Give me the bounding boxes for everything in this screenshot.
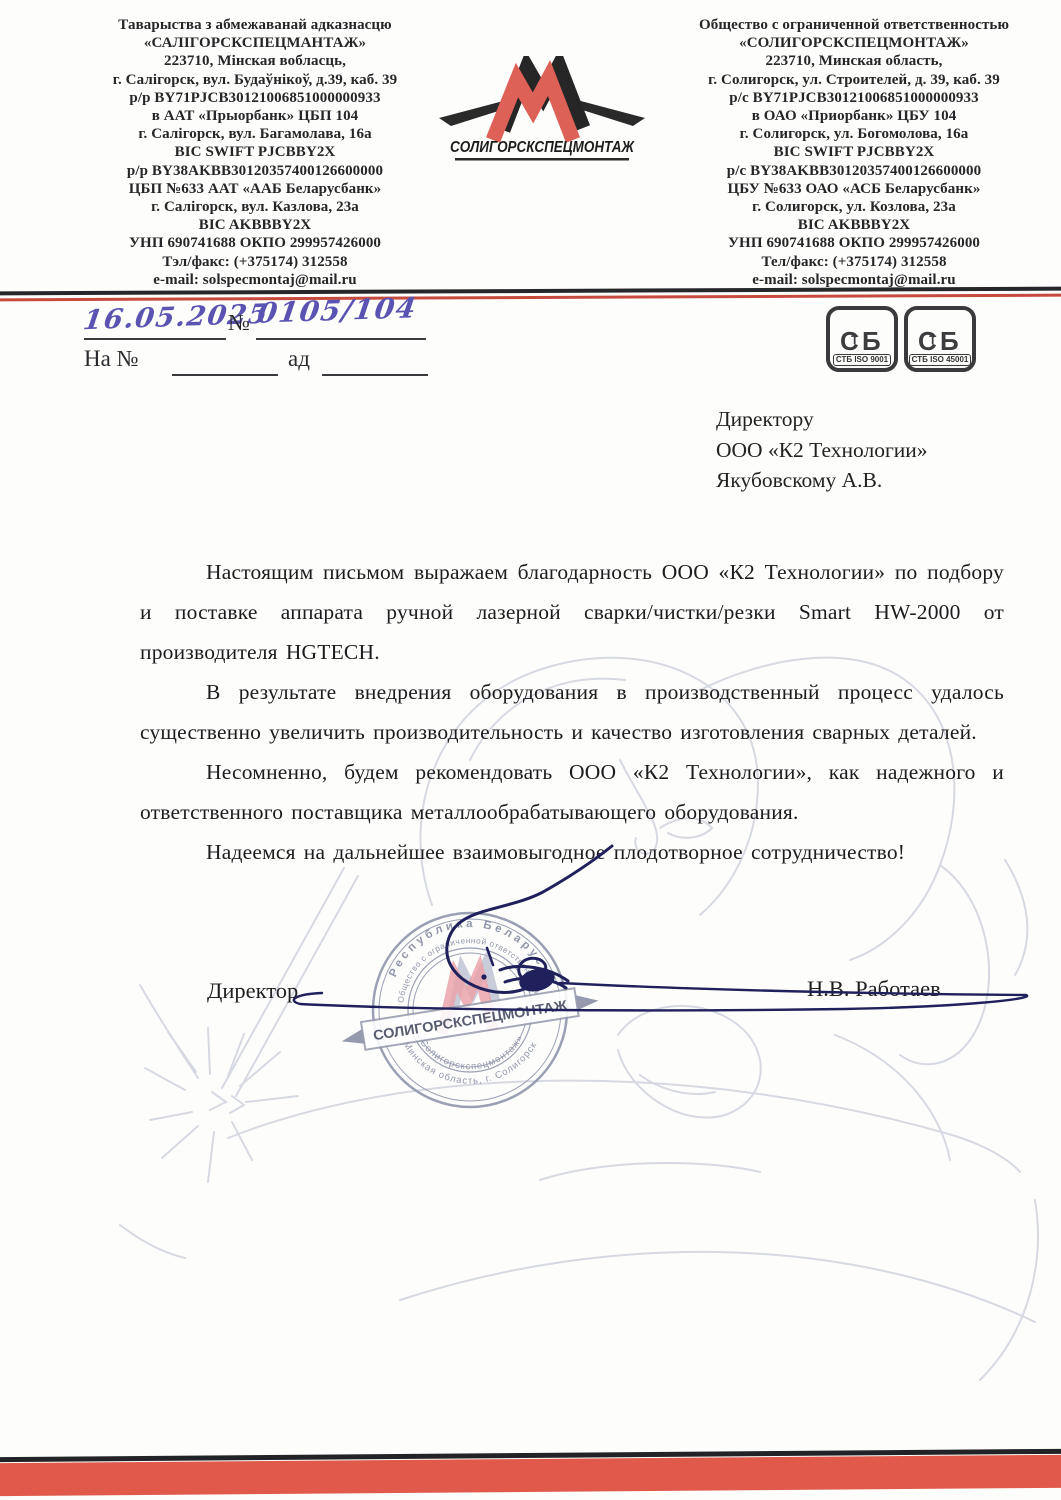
- letterhead-line: г. Салігорск, вул. Будаўнікоў, д.39, каб…: [70, 71, 440, 89]
- letterhead-line: Общество с ограниченной ответственностью: [684, 16, 1024, 34]
- letterhead-line: BIC AKBBBY2X: [684, 216, 1024, 234]
- stb-letter: Б: [862, 326, 881, 354]
- number-blank-line: [256, 338, 426, 340]
- body-paragraph: В результате внедрения оборудования в пр…: [140, 672, 1004, 752]
- letterhead-line: Тел/факс: (+375174) 312558: [684, 253, 1024, 271]
- stb-iso-9001-badge: С Т Б СТБ ISO 9001: [826, 306, 898, 372]
- date-blank-line: [84, 338, 226, 340]
- reply-number-blank-line: [172, 374, 278, 376]
- letterhead-russian: Общество с ограниченной ответственностью…: [684, 16, 1024, 289]
- number-sign: №: [228, 310, 250, 336]
- letterhead-belarusian: Таварыства з абмежаванай адказнасцю «САЛ…: [70, 16, 440, 289]
- letterhead-line: BIC SWIFT PJCBBY2X: [684, 143, 1024, 161]
- letterhead-line: BIC SWIFT PJCBBY2X: [70, 143, 440, 161]
- letterhead-line: р/р BY71PJCB30121006851000000933: [70, 89, 440, 107]
- handwritten-number: 0105/104: [255, 291, 419, 330]
- letterhead-line: 223710, Минская область,: [684, 52, 1024, 70]
- stb-letter: Б: [940, 326, 959, 354]
- stb-mark-icon: С Т Б: [917, 324, 963, 354]
- letterhead-line: ЦБП №633 ААТ «ААБ Беларусбанк»: [70, 180, 440, 198]
- body-paragraph: Надеемся на дальнейшее взаимовыгодное пл…: [140, 832, 1004, 872]
- letterhead-line: в ААТ «Прыорбанк» ЦБП 104: [70, 107, 440, 125]
- letterhead-line: р/с BY71PJCB30121006851000000933: [684, 89, 1024, 107]
- scanned-letter-page: Таварыства з абмежаванай адказнасцю «САЛ…: [0, 0, 1061, 1500]
- letterhead-line: «САЛІГОРСКСПЕЦМАНТАЖ»: [70, 34, 440, 52]
- letterhead-line: г. Солигорск, ул. Богомолова, 16а: [684, 125, 1024, 143]
- letterhead-line: р/р BY38AKBB30120357400126600000: [70, 162, 440, 180]
- addressee-line: Директору: [716, 404, 928, 435]
- letterhead-line: «СОЛИГОРСКСПЕЦМОНТАЖ»: [684, 34, 1024, 52]
- body-paragraph: Несомненно, будем рекомендовать ООО «К2 …: [140, 752, 1004, 832]
- badge-label: СТБ ISO 45001: [909, 354, 972, 366]
- signer-name: Н.В. Работаев: [807, 976, 941, 1002]
- letterhead-line: г. Солигорск, ул. Козлова, 23а: [684, 198, 1024, 216]
- letterhead-line: Таварыства з абмежаванай адказнасцю: [70, 16, 440, 34]
- letterhead-line: в ОАО «Приорбанк» ЦБУ 104: [684, 107, 1024, 125]
- letterhead-line: 223710, Мінская вобласць,: [70, 52, 440, 70]
- addressee-line: Якубовскому А.В.: [716, 465, 928, 496]
- reply-to-label: На №: [84, 346, 139, 372]
- letterhead-line: ЦБУ №633 ОАО «АСБ Беларусбанк»: [684, 180, 1024, 198]
- body-paragraph: Настоящим письмом выражаем благодарность…: [140, 552, 1004, 672]
- badge-label: СТБ ISO 9001: [833, 354, 891, 366]
- signer-title: Директор: [207, 978, 298, 1004]
- letter-content: Таварыства з абмежаванай адказнасцю «САЛ…: [0, 0, 1061, 1500]
- letterhead-line: г. Солигорск, ул. Строителей, д. 39, каб…: [684, 71, 1024, 89]
- company-logo: СОЛИГОРСКСПЕЦМОНТАЖ: [437, 56, 647, 172]
- letterhead-line: г. Салігорск, вул. Казлова, 23а: [70, 198, 440, 216]
- letterhead-line: г. Салігорск, вул. Багамолава, 16а: [70, 125, 440, 143]
- reply-ad-label: ад: [288, 346, 310, 372]
- reply-date-blank-line: [322, 374, 428, 376]
- logo-m-mark: [439, 66, 645, 140]
- letterhead-line: р/с BY38AKBB30120357400126600000: [684, 162, 1024, 180]
- letter-body: Настоящим письмом выражаем благодарность…: [140, 552, 1004, 872]
- separator-red-line: [0, 294, 1061, 302]
- certification-badges: С Т Б СТБ ISO 9001 С Т Б СТБ ISO 45001: [826, 306, 976, 372]
- stb-letter: Т: [851, 333, 859, 347]
- company-round-stamp: Республика Беларусь Общество с ограничен…: [335, 895, 605, 1145]
- logo-underline: [455, 158, 629, 161]
- letterhead-line: BIC AKBBBY2X: [70, 216, 440, 234]
- logo-text: СОЛИГОРСКСПЕЦМОНТАЖ: [450, 139, 635, 156]
- stb-iso-45001-badge: С Т Б СТБ ISO 45001: [904, 306, 976, 372]
- letterhead-line: УНП 690741688 ОКПО 299957426000: [684, 234, 1024, 252]
- addressee-block: Директору ООО «К2 Технологии» Якубовском…: [716, 404, 928, 496]
- addressee-line: ООО «К2 Технологии»: [716, 435, 928, 466]
- letterhead-line: e-mail: solspecmontaj@mail.ru: [70, 271, 440, 289]
- stb-mark-icon: С Т Б: [839, 324, 885, 354]
- letterhead-line: УНП 690741688 ОКПО 299957426000: [70, 234, 440, 252]
- stb-letter: Т: [929, 333, 937, 347]
- letterhead-line: Тэл/факс: (+375174) 312558: [70, 253, 440, 271]
